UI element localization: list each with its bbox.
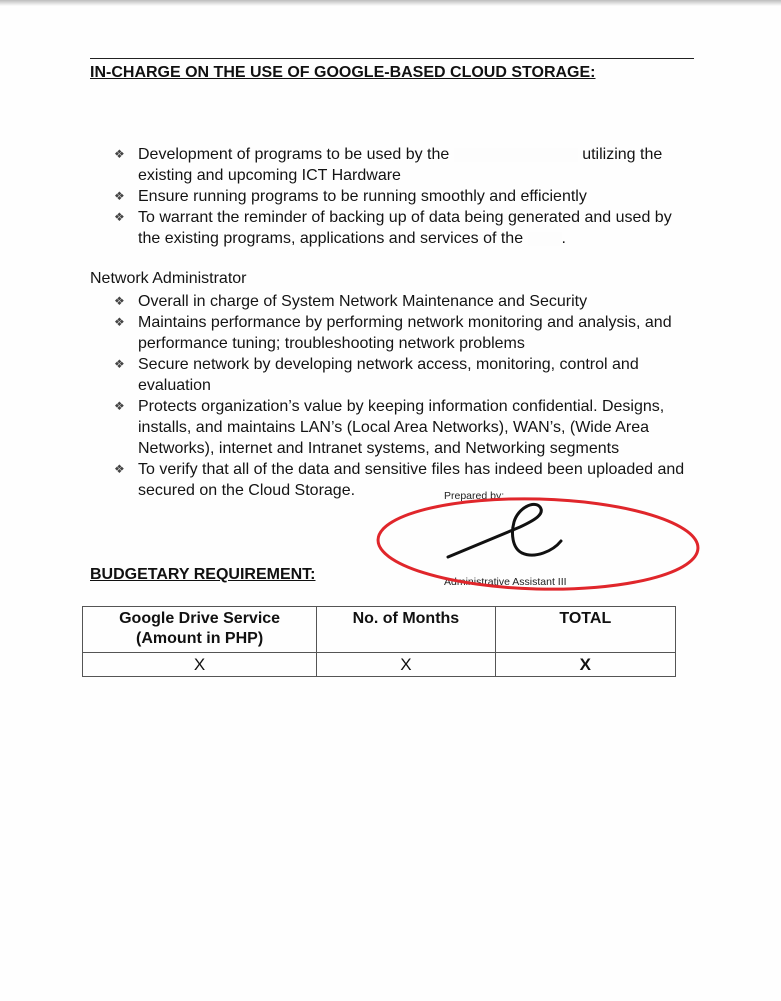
redacted-region [454,148,578,162]
signatory-title: Administrative Assistant III [444,576,567,588]
list-item: ❖ Protects organization’s value by keepi… [114,396,699,459]
header-line: TOTAL [496,609,675,629]
incharge-bullet-list: ❖ Development of programs to be used by … [114,144,684,249]
bullet-text: To verify that all of the data and sensi… [138,461,684,499]
list-item: ❖ Ensure running programs to be running … [114,186,684,207]
diamond-bullet-icon: ❖ [114,207,125,228]
header-line: Google Drive Service [83,609,316,629]
bullet-text: Secure network by developing network acc… [138,356,639,394]
diamond-bullet-icon: ❖ [114,396,125,417]
section-title-budget: BUDGETARY REQUIREMENT: [90,566,316,584]
diamond-bullet-icon: ❖ [114,354,125,375]
list-item: ❖ Maintains performance by performing ne… [114,312,699,354]
budget-table: Google Drive Service (Amount in PHP) No.… [82,606,676,677]
list-item: ❖ To warrant the reminder of backing up … [114,207,684,249]
signature-icon [448,504,561,557]
table-row: X X X [83,653,676,677]
diamond-bullet-icon: ❖ [114,291,125,312]
bullet-text: Protects organization’s value by keeping… [138,398,664,457]
section-title-incharge: IN-CHARGE ON THE USE OF GOOGLE-BASED CLO… [90,64,596,82]
redacted-region [528,232,562,246]
bullet-text: Development of programs to be used by th… [138,146,449,163]
bullet-text: . [562,230,566,247]
diamond-bullet-icon: ❖ [114,186,125,207]
network-admin-bullet-list: ❖ Overall in charge of System Network Ma… [114,291,699,501]
table-header-row: Google Drive Service (Amount in PHP) No.… [83,607,676,653]
cell-amount: X [83,653,317,677]
column-header-months: No. of Months [317,607,495,653]
list-item: ❖ Development of programs to be used by … [114,144,684,186]
header-rule [90,58,694,59]
header-line: (Amount in PHP) [83,629,316,649]
list-item: ❖ Overall in charge of System Network Ma… [114,291,699,312]
role-heading-network-administrator: Network Administrator [90,270,247,288]
diamond-bullet-icon: ❖ [114,144,125,165]
cell-months: X [317,653,495,677]
diamond-bullet-icon: ❖ [114,459,125,480]
bullet-text: Overall in charge of System Network Main… [138,293,587,310]
prepared-by-label: Prepared by: [444,490,504,502]
header-line: No. of Months [317,609,494,629]
bullet-text: Ensure running programs to be running sm… [138,188,587,205]
list-item: ❖ Secure network by developing network a… [114,354,699,396]
list-item: ❖ To verify that all of the data and sen… [114,459,699,501]
viewer-top-shadow [0,0,781,6]
column-header-service: Google Drive Service (Amount in PHP) [83,607,317,653]
bullet-text: To warrant the reminder of backing up of… [138,209,672,247]
bullet-text: Maintains performance by performing netw… [138,314,672,352]
diamond-bullet-icon: ❖ [114,312,125,333]
cell-total: X [495,653,675,677]
column-header-total: TOTAL [495,607,675,653]
